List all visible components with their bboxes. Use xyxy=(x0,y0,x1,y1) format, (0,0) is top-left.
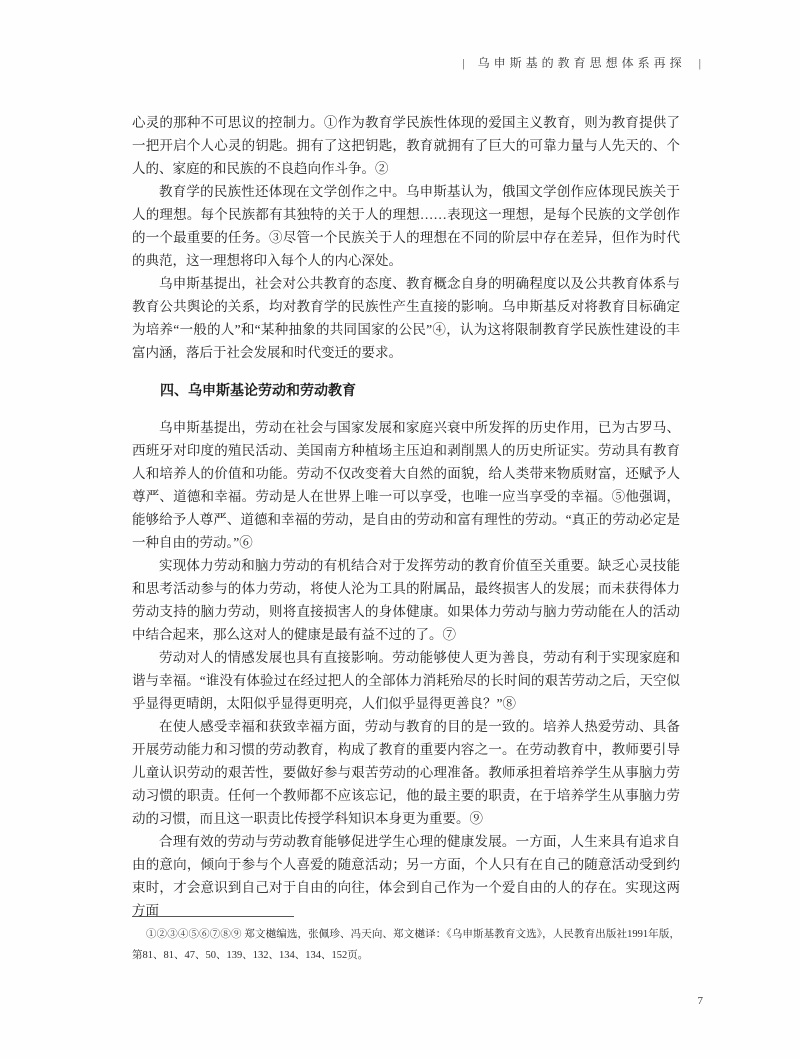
footnote-text: ①②③④⑤⑥⑦⑧⑨ 郑文樾编选，张佩珍、冯天向、郑文樾译：《乌申斯基教育文选》，… xyxy=(132,924,680,966)
section-heading: 四、乌申斯基论劳动和劳动教育 xyxy=(132,379,680,402)
header-title: 乌申斯基的教育思想体系再探 xyxy=(478,56,686,70)
paragraph-continuation: 心灵的那种不可思议的控制力。①作为教育学民族性体现的爱国主义教育，则为教育提供了… xyxy=(132,111,680,180)
paragraph: 实现体力劳动和脑力劳动的有机结合对于发挥劳动的教育价值至关重要。缺乏心灵技能和思… xyxy=(132,554,680,646)
paragraph: 在使人感受幸福和获致幸福方面，劳动与教育的目的是一致的。培养人热爱劳动、具备开展… xyxy=(132,715,680,830)
paragraph: 乌申斯基提出，劳动在社会与国家发展和家庭兴衰中所发挥的历史作用，已为古罗马、西班… xyxy=(132,416,680,554)
footnote-section: ①②③④⑤⑥⑦⑧⑨ 郑文樾编选，张佩珍、冯天向、郑文樾译：《乌申斯基教育文选》，… xyxy=(132,916,680,966)
paragraph: 合理有效的劳动与劳动教育能够促进学生心理的健康发展。一方面，人生来具有追求自由的… xyxy=(132,830,680,922)
paragraph: 乌申斯基提出，社会对公共教育的态度、教育概念自身的明确程度以及公共教育体系与教育… xyxy=(132,272,680,364)
page-header: | 乌申斯基的教育思想体系再探 | xyxy=(456,54,707,71)
header-left-bar: | xyxy=(462,56,464,70)
header-right-bar: | xyxy=(699,56,701,70)
footnote-divider xyxy=(132,916,294,917)
book-page: | 乌申斯基的教育思想体系再探 | 心灵的那种不可思议的控制力。①作为教育学民族… xyxy=(0,0,800,1059)
page-number: 7 xyxy=(698,995,704,1007)
paragraph: 教育学的民族性还体现在文学创作之中。乌申斯基认为，俄国文学创作应体现民族关于人的… xyxy=(132,180,680,272)
paragraph: 劳动对人的情感发展也具有直接影响。劳动能够使人更为善良，劳动有利于实现家庭和谐与… xyxy=(132,646,680,715)
page-body: 心灵的那种不可思议的控制力。①作为教育学民族性体现的爱国主义教育，则为教育提供了… xyxy=(132,111,680,922)
